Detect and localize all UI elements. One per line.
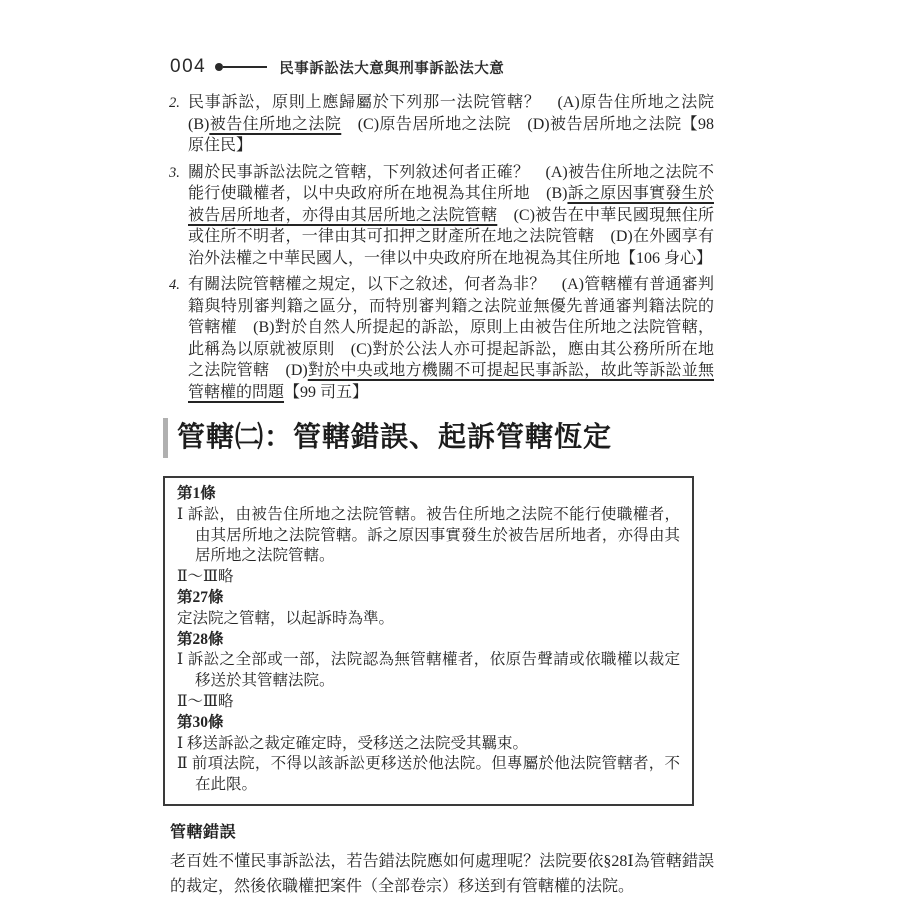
article-clause: Ⅰ 訴訟之全部或一部，法院認為無管轄權者，依原告聲請或依職權以裁定移送於其管轄法… xyxy=(177,650,680,692)
header-rule xyxy=(215,63,267,71)
book-title: 民事訴訟法大意與刑事訴訟法大意 xyxy=(279,57,504,78)
book-page: 004 民事訴訟法大意與刑事訴訟法大意 2.民事訴訟，原則上應歸屬於下列那一法院… xyxy=(0,0,900,900)
answer-underline: 被告住所地之法院 xyxy=(209,116,341,133)
page-content: 004 民事訴訟法大意與刑事訴訟法大意 2.民事訴訟，原則上應歸屬於下列那一法院… xyxy=(170,56,714,899)
article-clause: Ⅱ～Ⅲ略 xyxy=(177,692,680,713)
question-item: 3.關於民事訴訟法院之管轄，下列敘述何者正確？ (A)被告住所地之法院不能行使職… xyxy=(170,162,714,270)
note-heading: 管轄錯誤 xyxy=(170,819,714,842)
article-number: 第28條 xyxy=(177,630,680,651)
question-text: 關於民事訴訟法院之管轄，下列敘述何者正確？ xyxy=(188,164,546,181)
question-list: 2.民事訴訟，原則上應歸屬於下列那一法院管轄？ (A)原告住所地之法院 (B)被… xyxy=(170,92,714,403)
note-section: 管轄錯誤 老百姓不懂民事訴訟法，若告錯法院應如何處理呢？法院要依§28Ⅰ為管轄錯… xyxy=(170,819,714,899)
article-clause: 定法院之管轄，以起訴時為準。 xyxy=(177,609,680,630)
question-text: 有關法院管轄權之規定，以下之敘述，何者為非？ xyxy=(188,276,562,293)
question-text: (A)原告住所地之法院 xyxy=(557,94,730,111)
article-clause: Ⅰ 訴訟，由被告住所地之法院管轄。被告住所地之法院不能行使職權者，由其居所地之法… xyxy=(177,505,680,567)
question-text: (B) xyxy=(188,116,209,133)
question-number: 4. xyxy=(169,275,180,297)
question-text: (D) xyxy=(286,362,308,379)
article-number: 第27條 xyxy=(177,588,680,609)
horizontal-rule xyxy=(223,66,267,68)
section-title: 管轄㈡：管轄錯誤、起訴管轄恆定 xyxy=(177,418,612,458)
statute-box: 第1條Ⅰ 訴訟，由被告住所地之法院管轄。被告住所地之法院不能行使職權者，由其居所… xyxy=(163,476,694,806)
page-number: 004 xyxy=(170,56,206,78)
article-clause: Ⅱ 前項法院，不得以該訴訟更移送於他法院。但專屬於他法院管轄者，不在此限。 xyxy=(177,754,680,796)
section-heading: 管轄㈡：管轄錯誤、起訴管轄恆定 xyxy=(163,418,714,458)
question-text: (B) xyxy=(546,185,567,202)
heading-accent-bar xyxy=(163,418,168,458)
question-item: 2.民事訴訟，原則上應歸屬於下列那一法院管轄？ (A)原告住所地之法院 (B)被… xyxy=(170,92,714,157)
article-number: 第1條 xyxy=(177,484,680,505)
bullet-dot-icon xyxy=(215,63,223,71)
running-head: 004 民事訴訟法大意與刑事訴訟法大意 xyxy=(170,56,714,78)
question-text: (C)原告居所地之法院 xyxy=(341,116,527,133)
question-number: 3. xyxy=(169,163,180,185)
question-item: 4.有關法院管轄權之規定，以下之敘述，何者為非？ (A)管轄權有普通審判籍與特別… xyxy=(170,274,714,403)
article-clause: Ⅱ～Ⅲ略 xyxy=(177,567,680,588)
question-number: 2. xyxy=(169,93,180,115)
exam-tag: 【106 身心】 xyxy=(620,250,712,267)
article-clause: Ⅰ 移送訴訟之裁定確定時，受移送之法院受其羈束。 xyxy=(177,734,680,755)
question-text: (D)被告居所地之法院 xyxy=(527,116,681,133)
note-body: 老百姓不懂民事訴訟法，若告錯法院應如何處理呢？法院要依§28Ⅰ為管轄錯誤的裁定，… xyxy=(170,849,714,899)
question-text: 民事訴訟，原則上應歸屬於下列那一法院管轄？ xyxy=(188,94,557,111)
article-number: 第30條 xyxy=(177,713,680,734)
exam-tag: 【99 司五】 xyxy=(284,384,368,401)
